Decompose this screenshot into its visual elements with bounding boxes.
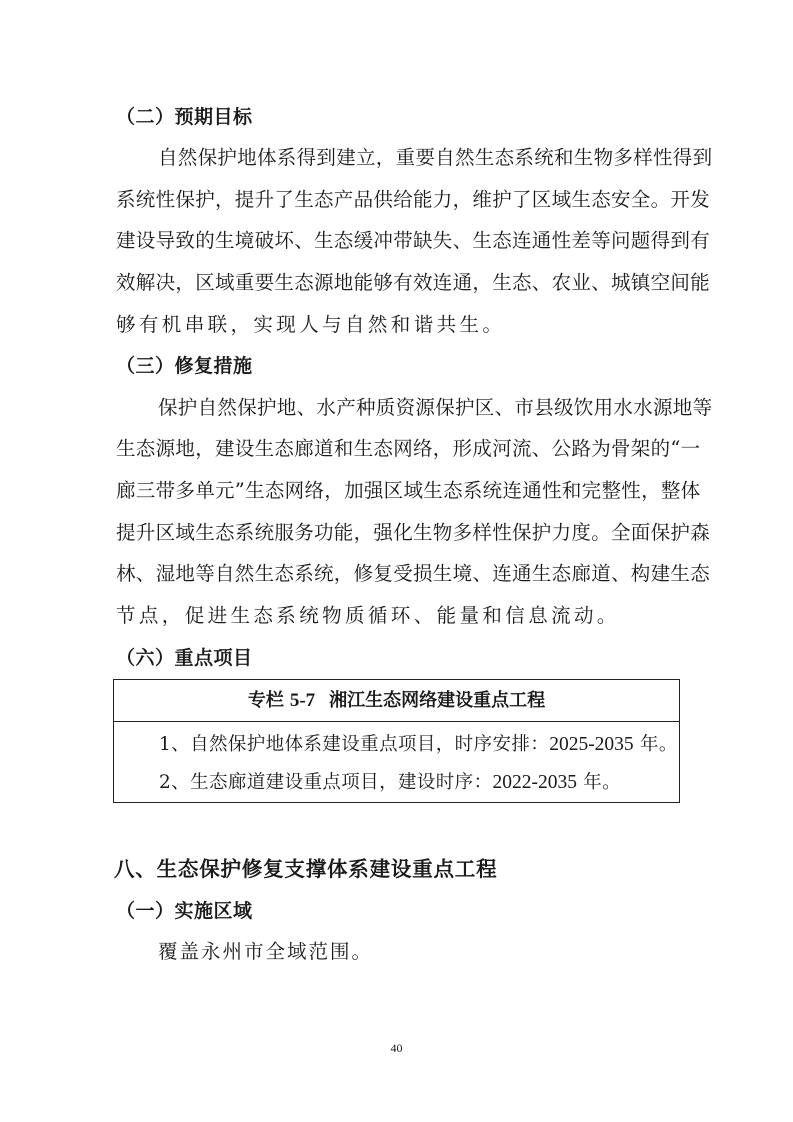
page-number: 40 <box>0 1041 793 1055</box>
paragraph-line: 覆盖永州市全域范围。 <box>158 940 681 964</box>
box-item-period: 2025-2035 <box>549 734 634 755</box>
section-heading-expected-goals: （二）预期目标 <box>116 105 253 129</box>
box-item: 2、生态廊道建设重点项目，建设时序：2022-2035 年。 <box>159 771 621 795</box>
paragraph-line: 生态源地，建设生态廊道和生态网络，形成河流、公路为骨架的“一 <box>116 437 681 461</box>
box-title-prefix: 专栏 <box>248 690 284 711</box>
paragraph-line: 林、湿地等自然生态系统，修复受损生境、连通生态廊道、构建生态 <box>116 562 681 586</box>
box-item-text: 2、生态廊道建设重点项目，建设时序： <box>159 772 492 793</box>
paragraph-line: 够有机串联，实现人与自然和谐共生。 <box>116 313 681 337</box>
paragraph-line: 保护自然保护地、水产种质资源保护区、市县级饮用水水源地等 <box>158 396 681 420</box>
chapter-heading: 八、生态保护修复支撑体系建设重点工程 <box>114 856 497 882</box>
paragraph-line: 效解决，区域重要生态源地能够有效连通，生态、农业、城镇空间能 <box>116 271 681 295</box>
section-heading-restoration-measures: （三）修复措施 <box>116 354 253 378</box>
box-item-text: 1、自然保护地体系建设重点项目，时序安排： <box>159 734 549 755</box>
box-title: 专栏5-7湘江生态网络建设重点工程 <box>114 680 679 722</box>
section-heading-key-projects: （六）重点项目 <box>116 646 253 670</box>
paragraph-line: 廊三带多单元”生态网络，加强区域生态系统连通性和完整性，整体 <box>116 479 681 503</box>
box-item-suffix: 年。 <box>577 772 621 793</box>
section-heading-implementation-area: （一）实施区域 <box>116 899 253 923</box>
box-item: 1、自然保护地体系建设重点项目，时序安排：2025-2035 年。 <box>159 733 678 757</box>
paragraph-line: 提升区域生态系统服务功能，强化生物多样性保护力度。全面保护森 <box>116 521 681 545</box>
box-title-text: 湘江生态网络建设重点工程 <box>329 690 545 711</box>
paragraph-line: 自然保护地体系得到建立，重要自然生态系统和生物多样性得到 <box>158 146 681 170</box>
box-title-number: 5-7 <box>290 690 315 711</box>
key-projects-box: 专栏5-7湘江生态网络建设重点工程 1、自然保护地体系建设重点项目，时序安排：2… <box>113 679 680 803</box>
box-item-suffix: 年。 <box>634 734 678 755</box>
paragraph-line: 系统性保护，提升了生态产品供给能力，维护了区域生态安全。开发 <box>116 188 681 212</box>
paragraph-line: 节点，促进生态系统物质循环、能量和信息流动。 <box>116 604 681 628</box>
box-item-period: 2022-2035 <box>492 772 577 793</box>
paragraph-line: 建设导致的生境破坏、生态缓冲带缺失、生态连通性差等问题得到有 <box>116 229 681 253</box>
document-page: （二）预期目标 自然保护地体系得到建立，重要自然生态系统和生物多样性得到 系统性… <box>0 0 793 1122</box>
